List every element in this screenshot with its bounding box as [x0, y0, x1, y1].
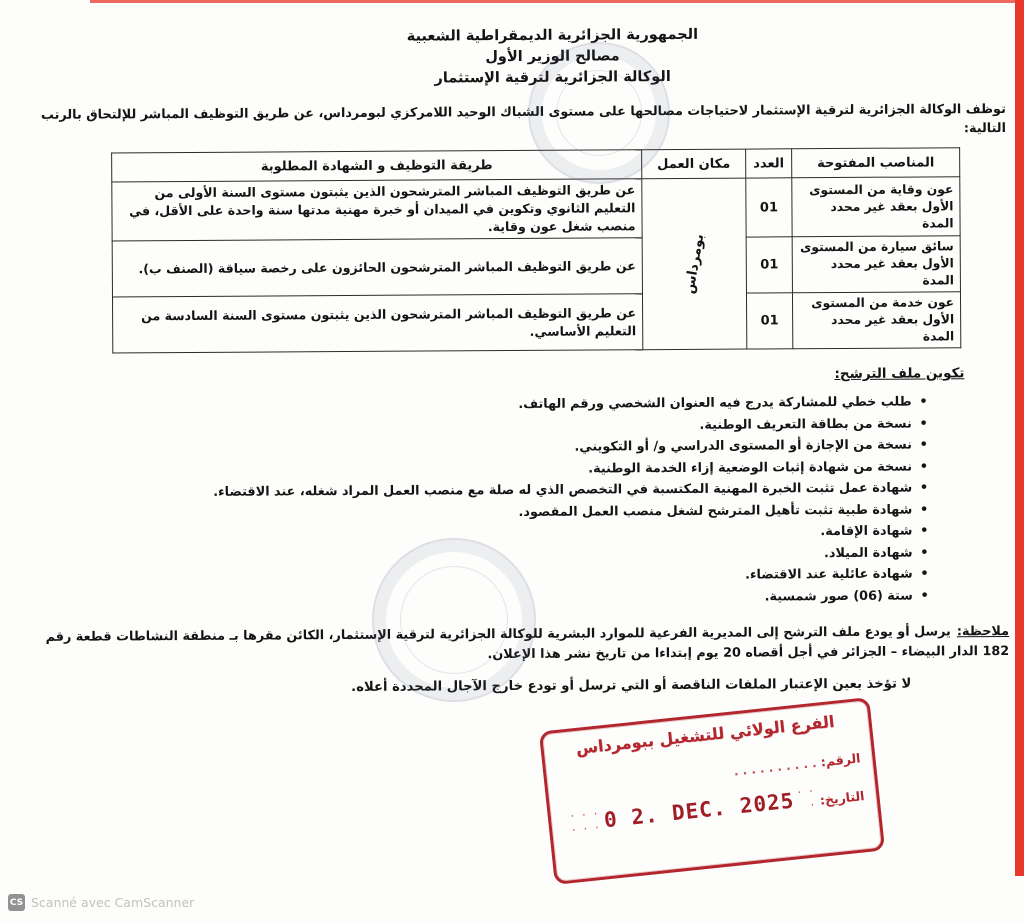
count-cell: 01	[746, 178, 792, 237]
stamp-number-label: الرقم:	[820, 750, 861, 769]
scanned-document-page: الجمهورية الجزائرية الديمقراطية الشعبية …	[0, 0, 1024, 922]
method-cell: عن طريق التوظيف المباشر المترشحون الحائز…	[112, 238, 642, 297]
position-cell: سائق سيارة من المستوى الأول بعقد غير محد…	[792, 236, 960, 293]
positions-table: المناصب المفتوحة العدد مكان العمل طريقة …	[111, 147, 961, 353]
location-value-vertical: بومرداس	[679, 218, 710, 310]
stamp-date-label: التاريخ:	[819, 788, 865, 808]
position-cell: عون خدمة من المستوى الأول بعقد غير محدد …	[792, 292, 960, 349]
stamp-date-dots: . . .	[796, 780, 816, 810]
table-row: سائق سيارة من المستوى الأول بعقد غير محد…	[112, 236, 960, 297]
stamp-number-dots: . . . . . . . . . .	[733, 756, 817, 779]
stamp-date-trailing-dots: . . . . . .	[560, 803, 601, 835]
camscanner-text: Scanné avec CamScanner	[31, 895, 194, 910]
table-row: عون خدمة من المستوى الأول بعقد غير محدد …	[112, 292, 960, 353]
intro-paragraph: توظف الوكالة الجزائرية لترقية الإستثمار …	[20, 100, 1006, 144]
position-cell: عون وقاية من المستوى الأول بعقد غير محدد…	[792, 177, 960, 237]
method-cell: عن طريق التوظيف المباشر المترشحون الذين …	[112, 294, 642, 353]
scan-red-edge-band	[1015, 0, 1024, 876]
dossier-section-title: تكوين ملف الترشح:	[21, 365, 964, 387]
count-cell: 01	[746, 293, 792, 349]
col-header-positions: المناصب المفتوحة	[792, 148, 960, 178]
method-cell: عن طريق التوظيف المباشر المترشحون الذين …	[112, 179, 642, 241]
camscanner-watermark: CS Scanné avec CamScanner	[8, 894, 194, 911]
count-cell: 01	[746, 237, 792, 293]
col-header-count: العدد	[746, 149, 792, 178]
camscanner-logo-icon: CS	[8, 894, 25, 911]
stamp-date-value: 0 2. DEC. 2025	[603, 791, 795, 831]
table-row: عون وقاية من المستوى الأول بعقد غير محدد…	[112, 177, 960, 241]
scan-red-top-line	[90, 0, 1018, 3]
note-label: ملاحظة:	[957, 624, 1009, 639]
location-cell: بومرداس	[642, 178, 747, 350]
